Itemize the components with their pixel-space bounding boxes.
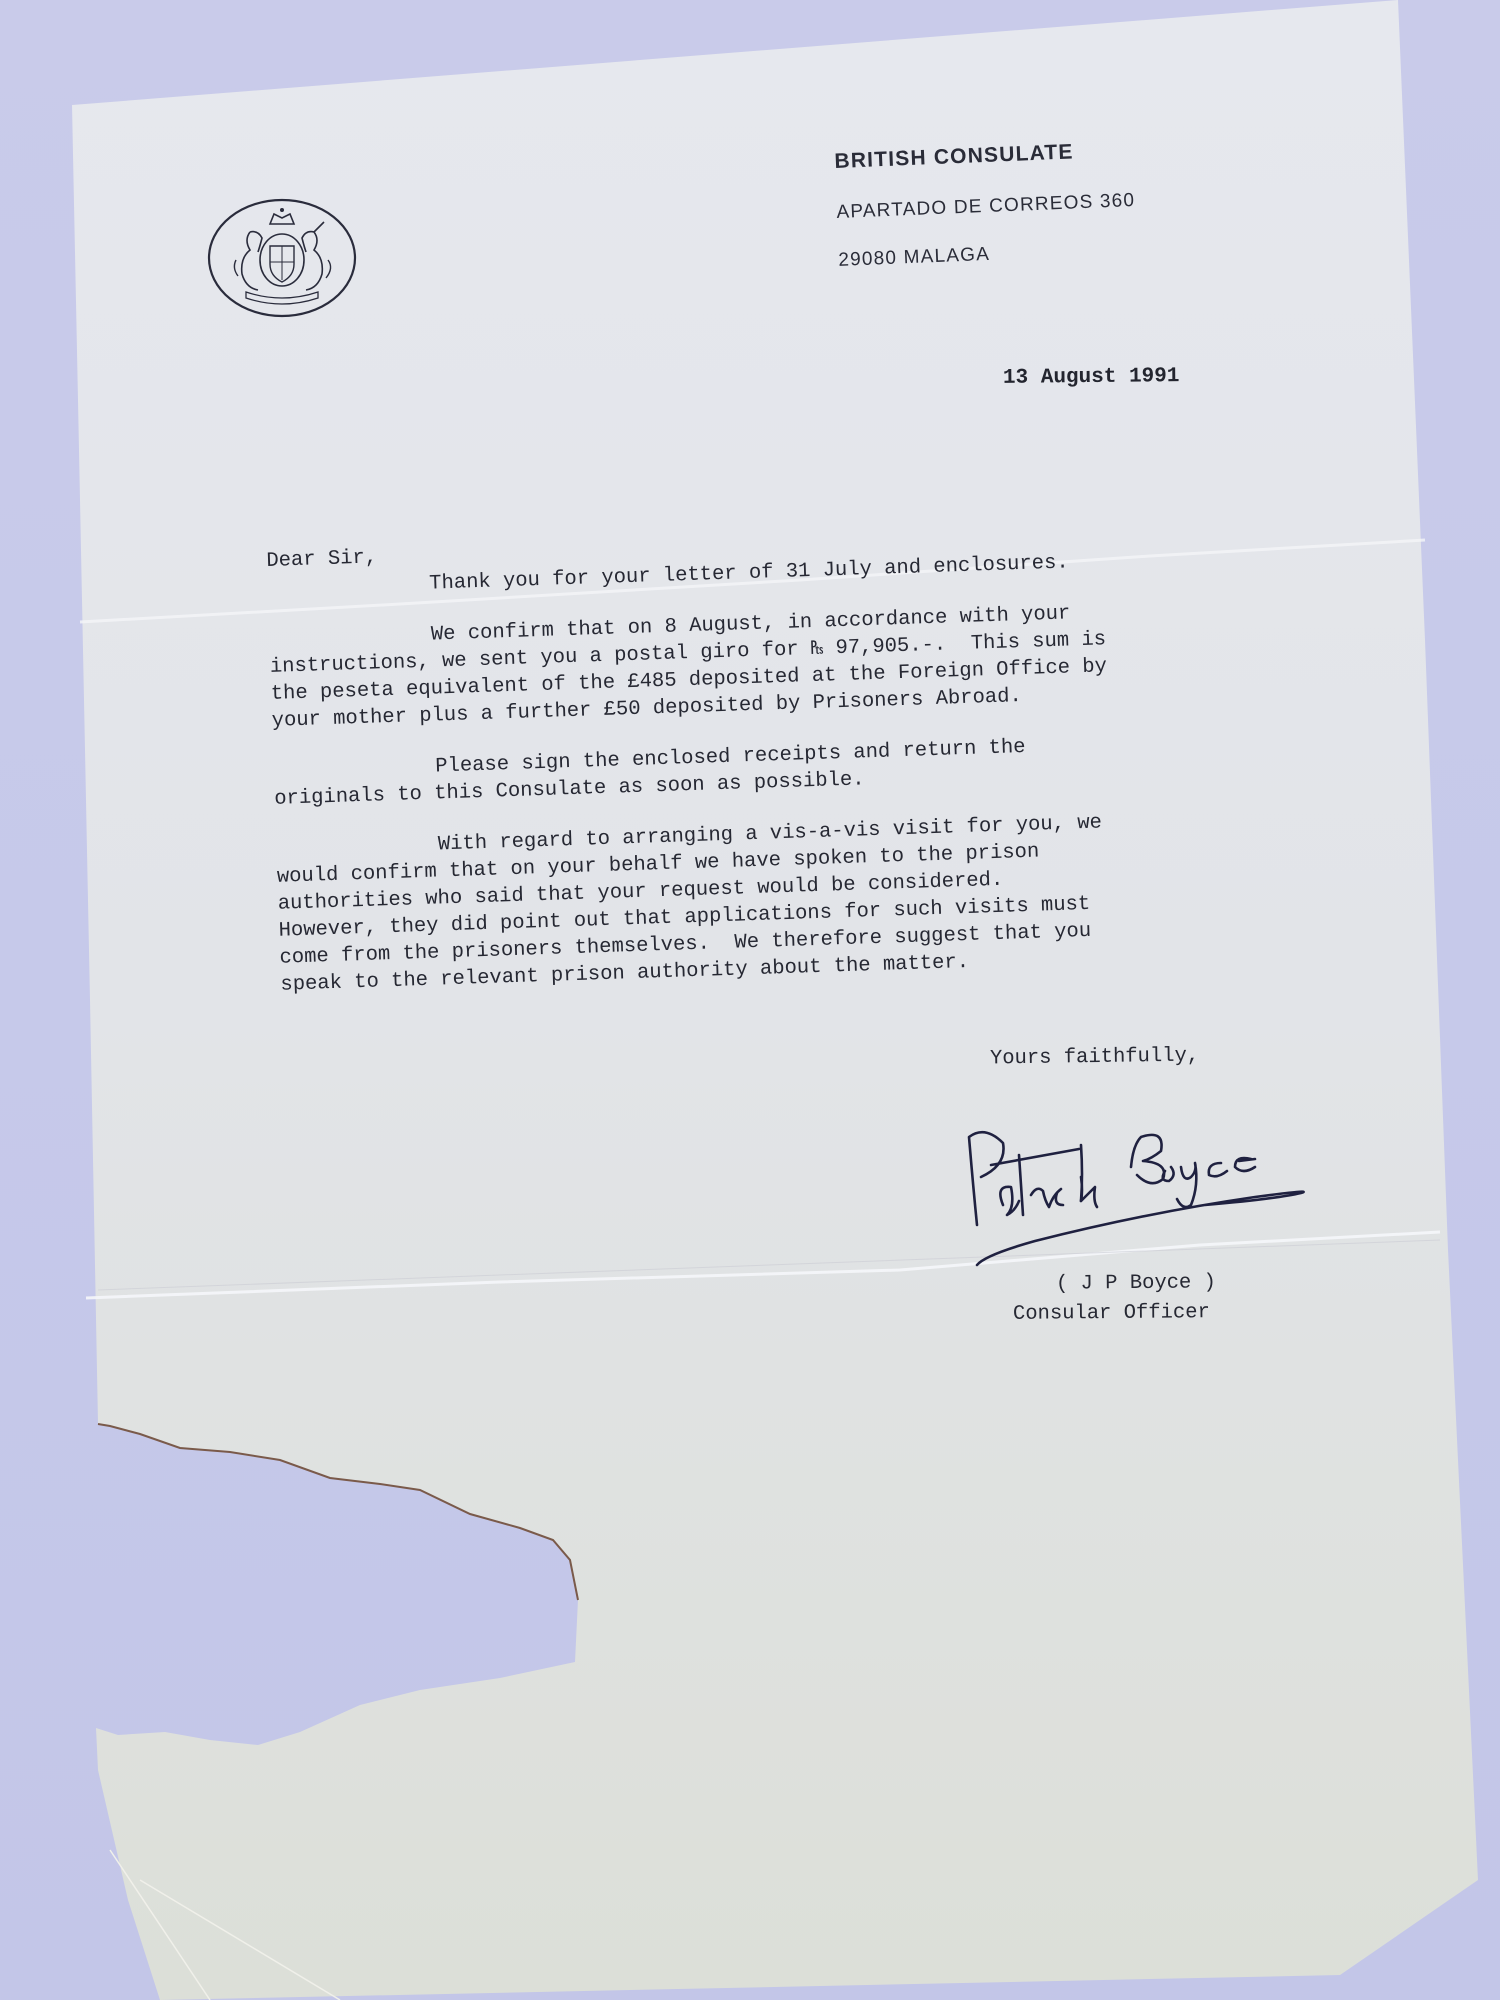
handwritten-signature-icon xyxy=(955,1115,1335,1275)
closing: Yours faithfully, xyxy=(990,1045,1199,1071)
letter-page: BRITISH CONSULATE APARTADO DE CORREOS 36… xyxy=(0,0,1500,2000)
letter-date: 13 August 1991 xyxy=(1003,365,1180,390)
typed-signatory-name: ( J P Boyce ) xyxy=(1056,1271,1216,1295)
royal-coat-of-arms-icon xyxy=(206,196,358,320)
consulate-address: APARTADO DE CORREOS 360 xyxy=(836,190,1136,224)
signatory-title: Consular Officer xyxy=(1013,1301,1210,1326)
letter-body: Dear Sir, Thank you for your letter of 3… xyxy=(266,516,1240,999)
letterhead: BRITISH CONSULATE APARTADO DE CORREOS 36… xyxy=(834,138,1138,272)
